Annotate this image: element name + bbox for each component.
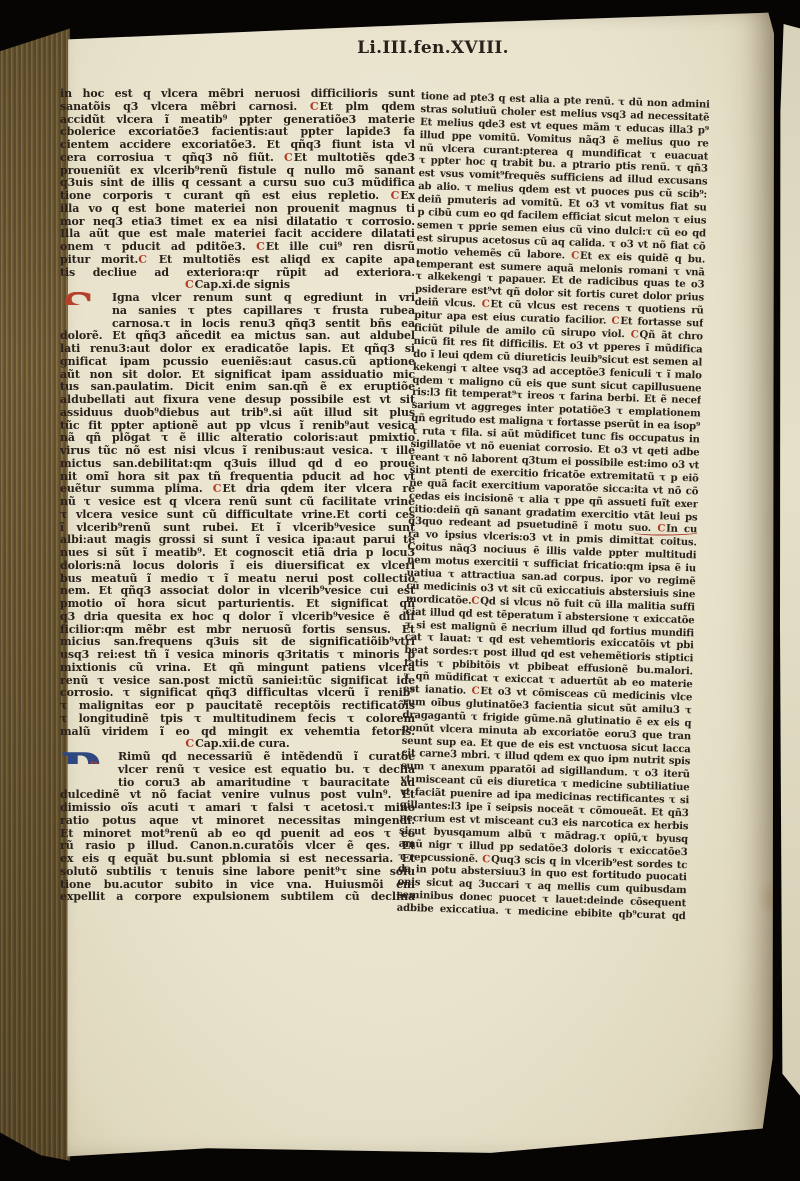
text-line: pitur morit.C Et multotiẽs est aliqd ex … (60, 254, 415, 267)
rubric-paragraph-mark: C (630, 329, 639, 340)
rubric-paragraph-mark: C (256, 241, 266, 253)
text-line: ĩ vlcerib⁹renũ sunt rubei. Et ĩ vlcerib⁹… (60, 522, 415, 535)
text-line: tus san.paulatim. Dicit enim san.qñ ẽ ex… (60, 381, 415, 394)
next-page-edge (780, 24, 800, 1122)
text-line: tione bu.acutor subito in vice vna. Huiu… (60, 879, 415, 892)
rubric-paragraph-mark: C (138, 254, 148, 266)
rubric-paragraph-mark: C (185, 279, 195, 291)
text-line: dimissio oĩs acuti τ amari τ falsi τ ace… (60, 802, 415, 815)
text-line: assiduus duob⁹diebus aut trib⁹.si aũt il… (60, 407, 415, 420)
text-line: virus tũc nõ est nisi vlcus ĩ renibus:au… (60, 445, 415, 458)
text-line: nit omĩ hora sit pax tñ frequentia pduci… (60, 471, 415, 484)
text-line: vlcer renũ τ vesice est equatio bu. τ de… (60, 764, 415, 777)
text-line: Illa aũt que est male materiei facit acc… (60, 228, 415, 241)
text-line: mixtionis cũ vrina. Et qñ mingunt patien… (60, 662, 415, 675)
text-line: Et minoret mot⁹renũ ab eo qd puenit ad e… (60, 828, 415, 841)
rubricator-guide-letter: p (90, 758, 98, 764)
text-line: expellit a corpore expulsionem subtilem … (60, 891, 415, 904)
text-line: tio coru3 ab amaritudine τ bauracitate a… (60, 777, 415, 790)
rubric-paragraph-mark: C (391, 190, 401, 202)
text-column-right: tione ad pte3 q est alia a pte renũ. τ d… (397, 91, 710, 924)
rubric-paragraph-mark: C (481, 299, 490, 310)
text-line: corrosio. τ significat qñq3 difficultas … (60, 687, 415, 700)
text-line: in hoc est q vlcera mẽbri neruosi diffic… (60, 88, 415, 101)
text-line: dulcedinẽ vt nõ faciat venire vulnus pos… (60, 789, 415, 802)
rubric-paragraph-mark: C (482, 854, 491, 865)
text-line: cbolerice excoriatõe3 facientis:aut ppte… (60, 126, 415, 139)
text-line: ratio potus aque vt minoret necessitas m… (60, 815, 415, 828)
text-line: nem. Et qñq3 associat dolor in vlcerib⁹v… (60, 585, 415, 598)
rubric-paragraph-mark: C (213, 483, 223, 495)
rubric-paragraph-mark: C (471, 595, 480, 606)
text-line: ficilior:qm mẽbr est mbr neruosũ fortis … (60, 624, 415, 637)
text-line: usq3 rei:est tñ ĩ vesica minoris q3ritat… (60, 649, 415, 662)
rubric-paragraph-mark: C (611, 316, 620, 327)
text-line: q3 dria quesita ex hoc q dolor ĩ vlcerib… (60, 611, 415, 624)
text-line: rũ rasio p illud. Canon.n.curatõis vlcer… (60, 840, 415, 853)
text-line: malũ viridem ĩ eo qd mingit ex vehemtia … (60, 726, 415, 739)
text-line: ex eis q equãt bu.sunt pblomia si est ne… (60, 853, 415, 866)
text-line: nã qñ plõgat τ ẽ illic alteratio coloris… (60, 432, 415, 445)
rubric-paragraph-mark: C (571, 250, 580, 261)
rubric-paragraph-mark: C (185, 738, 195, 750)
text-line: solutõ subtilis τ tenuis sine labore pen… (60, 866, 415, 879)
text-line: onem τ pducit ad pditõe3. CEt ille cui⁹ … (60, 241, 415, 254)
text-line: lati renu3:aut dolor ex eradicatõe lapis… (60, 343, 415, 356)
rubric-paragraph-mark: C (310, 101, 320, 113)
text-line: doloris:nã locus doloris ĩ eis diuersifi… (60, 560, 415, 573)
text-line: aũt non sit dolor. Et significat ipam as… (60, 369, 415, 382)
text-line: gnificat ipam pcussio eueniẽs:aut casus.… (60, 356, 415, 369)
drop-cap-initial-S: S (62, 292, 95, 305)
text-line: pmotio oĩ hora sicut parturientis. Et si… (60, 598, 415, 611)
chapter-heading: CCap.xii.de cura. (60, 738, 415, 751)
text-line: accidũt vlcera ĩ meatib⁹ ppter generatiõ… (60, 114, 415, 127)
text-line: tis decliue ad exteriora:qr rũpit ad ext… (60, 267, 415, 280)
text-line: sanatõis q3 vlcera mẽbri carnosi. CEt pl… (60, 101, 415, 114)
text-line: τ longitudinẽ tpis τ multitudinem fecis … (60, 713, 415, 726)
text-line: carnosa.τ in locis renu3 qñq3 sentit bñs… (60, 318, 415, 331)
text-line: aldubellati aut fixura vene desup possib… (60, 394, 415, 407)
text-line: q3uis sint de illis q cessant a cursu su… (60, 177, 415, 190)
text-line: albi:aut magis grossi si sunt ĩ vesica i… (60, 534, 415, 547)
text-line: tione corporis τ curant qñ est eius repl… (60, 190, 415, 203)
text-line: Igna vlcer renum sunt q egrediunt in vri… (60, 292, 415, 305)
text-line: renũ τ vesice san.post mictũ saniei:tũc … (60, 675, 415, 688)
text-line: tũc fit ppter aptionẽ aut pp vlcus ĩ ren… (60, 420, 415, 433)
text-line: cientem accidere excoriatõe3. Et qñq3 fi… (60, 139, 415, 152)
text-line: nues si sũt ĩ meatib⁹. Et cognoscit etiã… (60, 547, 415, 560)
text-line: cera corrosiua τ qñq3 nõ fiũt. CEt multo… (60, 152, 415, 165)
rubric-paragraph-mark: C (284, 152, 294, 164)
text-line: micius san.frequens q3uis sit de signifi… (60, 636, 415, 649)
text-line: euẽtur summa plima. CEt dria qdem iter v… (60, 483, 415, 496)
running-title: Li.III.fen.XVIII. (318, 38, 548, 58)
chapter-heading: CCap.xi.de signis (60, 279, 415, 292)
text-line: bus meatuũ ĩ medio τ ĩ meatu nerui post … (60, 573, 415, 586)
text-line: mictus san.debilitat:qm q3uis illud qd d… (60, 458, 415, 471)
text-line: mor neq3 etia3 timet ex ea nisi dilatati… (60, 216, 415, 229)
text-line: na sanies τ ptes capillares τ frusta rub… (60, 305, 415, 318)
rubric-paragraph-mark: C (657, 524, 666, 535)
text-line: dolorẽ. Et qñq3 añcedit ea mictus san. a… (60, 330, 415, 343)
book-photo: Li.III.fen.XVIII. in hoc est q vlcera mẽ… (0, 0, 800, 1181)
text-line: nũ τ vesice est q vlcera renũ sunt cũ fa… (60, 496, 415, 509)
text-line: τ malignitas eor p paucitatẽ receptõis r… (60, 700, 415, 713)
text-line: τ vlcera vesice sunt cũ difficultate vri… (60, 509, 415, 522)
text-line: proueniũt ex vlcerib⁹renũ fistule q null… (60, 165, 415, 178)
text-line: illa vo q est bone materiei non prouenit… (60, 203, 415, 216)
rubric-paragraph-mark: C (471, 686, 480, 697)
text-column-left: in hoc est q vlcera mẽbri neruosi diffic… (60, 88, 415, 904)
text-line: Rimũ qd necessariũ ẽ intẽdendũ ĩ curatõe… (60, 751, 415, 764)
